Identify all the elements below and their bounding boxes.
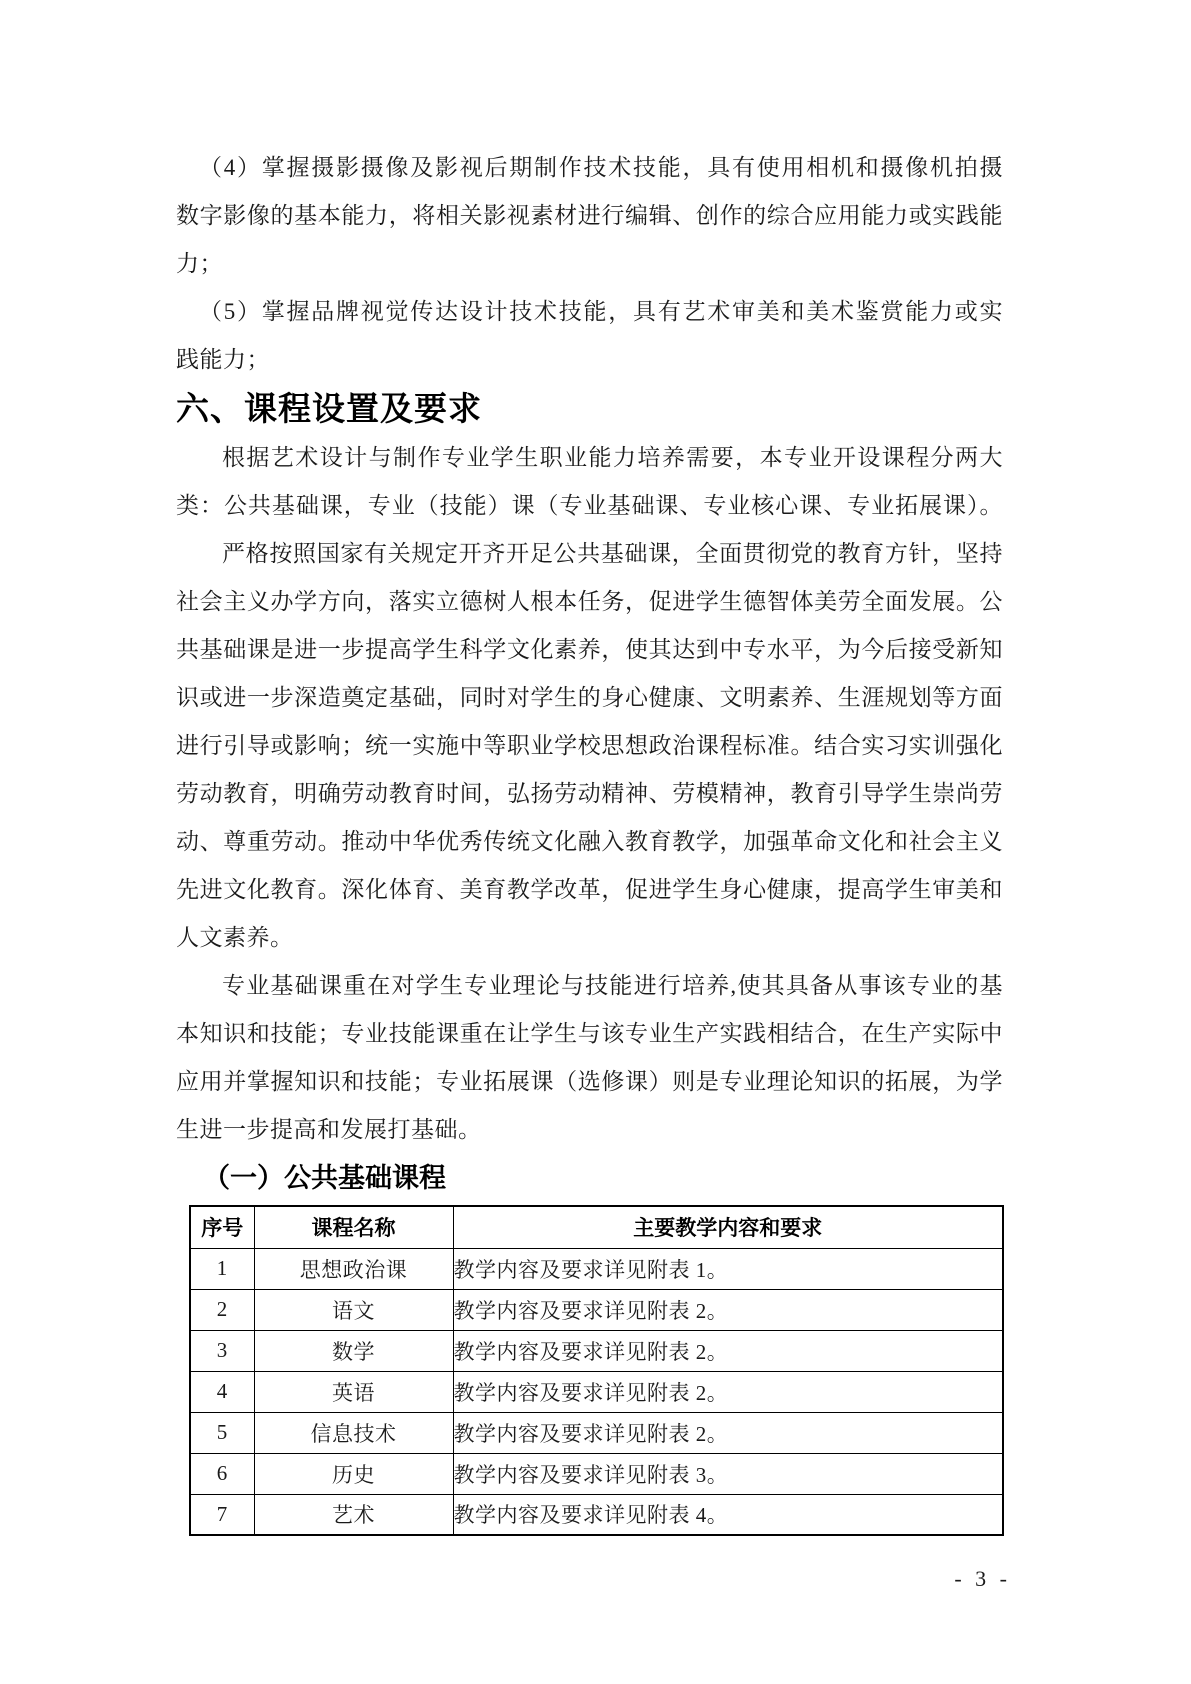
cell-course-name: 思想政治课 (254, 1248, 453, 1289)
table-row: 7 艺术 教学内容及要求详见附表 4。 (190, 1494, 1003, 1535)
cell-teaching-content: 教学内容及要求详见附表 2。 (453, 1289, 1003, 1330)
text-line: 类：公共基础课，专业（技能）课（专业基础课、专业核心课、专业拓展课）。 (176, 482, 1003, 530)
cell-course-name: 艺术 (254, 1494, 453, 1535)
section-heading: 六、课程设置及要求 (176, 384, 1003, 434)
text-line: 践能力； (176, 336, 1003, 384)
table-row: 6 历史 教学内容及要求详见附表 3。 (190, 1453, 1003, 1494)
cell-course-name: 数学 (254, 1330, 453, 1371)
text-line: 进行引导或影响；统一实施中等职业学校思想政治课程标准。结合实习实训强化 (176, 722, 1003, 770)
cell-teaching-content: 教学内容及要求详见附表 2。 (453, 1371, 1003, 1412)
text-line: 本知识和技能；专业技能课重在让学生与该专业生产实践相结合，在生产实际中 (176, 1010, 1003, 1058)
paragraph-public-basic-courses: 严格按照国家有关规定开齐开足公共基础课，全面贯彻党的教育方针，坚持 社会主义办学… (176, 530, 1003, 962)
text-line: 社会主义办学方向，落实立德树人根本任务，促进学生德智体美劳全面发展。公 (176, 578, 1003, 626)
table-header-row: 序号 课程名称 主要教学内容和要求 (190, 1206, 1003, 1248)
table-row: 5 信息技术 教学内容及要求详见附表 2。 (190, 1412, 1003, 1453)
text-line: 共基础课是进一步提高学生科学文化素养，使其达到中专水平，为今后接受新知 (176, 626, 1003, 674)
cell-teaching-content: 教学内容及要求详见附表 2。 (453, 1412, 1003, 1453)
table-row: 2 语文 教学内容及要求详见附表 2。 (190, 1289, 1003, 1330)
text-line: 识或进一步深造奠定基础，同时对学生的身心健康、文明素养、生涯规划等方面 (176, 674, 1003, 722)
page-number: - 3 - (954, 1566, 1007, 1592)
text-line: 严格按照国家有关规定开齐开足公共基础课，全面贯彻党的教育方针，坚持 (176, 530, 1003, 578)
text-line: 动、尊重劳动。推动中华优秀传统文化融入教育教学，加强革命文化和社会主义 (176, 818, 1003, 866)
paragraph-professional-courses: 专业基础课重在对学生专业理论与技能进行培养,使其具备从事该专业的基 本知识和技能… (176, 962, 1003, 1154)
table-row: 3 数学 教学内容及要求详见附表 2。 (190, 1330, 1003, 1371)
cell-teaching-content: 教学内容及要求详见附表 2。 (453, 1330, 1003, 1371)
paragraph-skill-4: （4）掌握摄影摄像及影视后期制作技术技能，具有使用相机和摄像机拍摄 数字影像的基… (176, 144, 1003, 288)
text-line: 生进一步提高和发展打基础。 (176, 1106, 1003, 1154)
text-line: 先进文化教育。深化体育、美育教学改革，促进学生身心健康，提高学生审美和 (176, 866, 1003, 914)
cell-seq: 6 (190, 1453, 254, 1494)
cell-seq: 4 (190, 1371, 254, 1412)
text-line: （5）掌握品牌视觉传达设计技术技能，具有艺术审美和美术鉴赏能力或实 (176, 288, 1003, 336)
cell-seq: 7 (190, 1494, 254, 1535)
cell-course-name: 英语 (254, 1371, 453, 1412)
cell-seq: 2 (190, 1289, 254, 1330)
text-line: 力； (176, 240, 1003, 288)
cell-course-name: 历史 (254, 1453, 453, 1494)
cell-teaching-content: 教学内容及要求详见附表 3。 (453, 1453, 1003, 1494)
document-page: （4）掌握摄影摄像及影视后期制作技术技能，具有使用相机和摄像机拍摄 数字影像的基… (0, 0, 1191, 1684)
text-line: 数字影像的基本能力，将相关影视素材进行编辑、创作的综合应用能力或实践能 (176, 192, 1003, 240)
header-teaching-content: 主要教学内容和要求 (453, 1206, 1003, 1248)
public-basic-course-table: 序号 课程名称 主要教学内容和要求 1 思想政治课 教学内容及要求详见附表 1。… (189, 1205, 1004, 1536)
cell-seq: 1 (190, 1248, 254, 1289)
text-line: 专业基础课重在对学生专业理论与技能进行培养,使其具备从事该专业的基 (176, 962, 1003, 1010)
cell-teaching-content: 教学内容及要求详见附表 4。 (453, 1494, 1003, 1535)
cell-seq: 3 (190, 1330, 254, 1371)
table-row: 4 英语 教学内容及要求详见附表 2。 (190, 1371, 1003, 1412)
text-line: 人文素养。 (176, 914, 1003, 962)
text-line: 根据艺术设计与制作专业学生职业能力培养需要，本专业开设课程分两大 (176, 434, 1003, 482)
subsection-heading: （一）公共基础课程 (176, 1154, 1003, 1202)
text-line: （4）掌握摄影摄像及影视后期制作技术技能，具有使用相机和摄像机拍摄 (176, 144, 1003, 192)
cell-course-name: 语文 (254, 1289, 453, 1330)
table-row: 1 思想政治课 教学内容及要求详见附表 1。 (190, 1248, 1003, 1289)
cell-teaching-content: 教学内容及要求详见附表 1。 (453, 1248, 1003, 1289)
header-seq: 序号 (190, 1206, 254, 1248)
paragraph-course-overview: 根据艺术设计与制作专业学生职业能力培养需要，本专业开设课程分两大 类：公共基础课… (176, 434, 1003, 530)
document-body: （4）掌握摄影摄像及影视后期制作技术技能，具有使用相机和摄像机拍摄 数字影像的基… (176, 144, 1003, 1536)
cell-seq: 5 (190, 1412, 254, 1453)
text-line: 劳动教育，明确劳动教育时间，弘扬劳动精神、劳模精神，教育引导学生崇尚劳 (176, 770, 1003, 818)
paragraph-skill-5: （5）掌握品牌视觉传达设计技术技能，具有艺术审美和美术鉴赏能力或实 践能力； (176, 288, 1003, 384)
cell-course-name: 信息技术 (254, 1412, 453, 1453)
text-line: 应用并掌握知识和技能；专业拓展课（选修课）则是专业理论知识的拓展，为学 (176, 1058, 1003, 1106)
header-course-name: 课程名称 (254, 1206, 453, 1248)
